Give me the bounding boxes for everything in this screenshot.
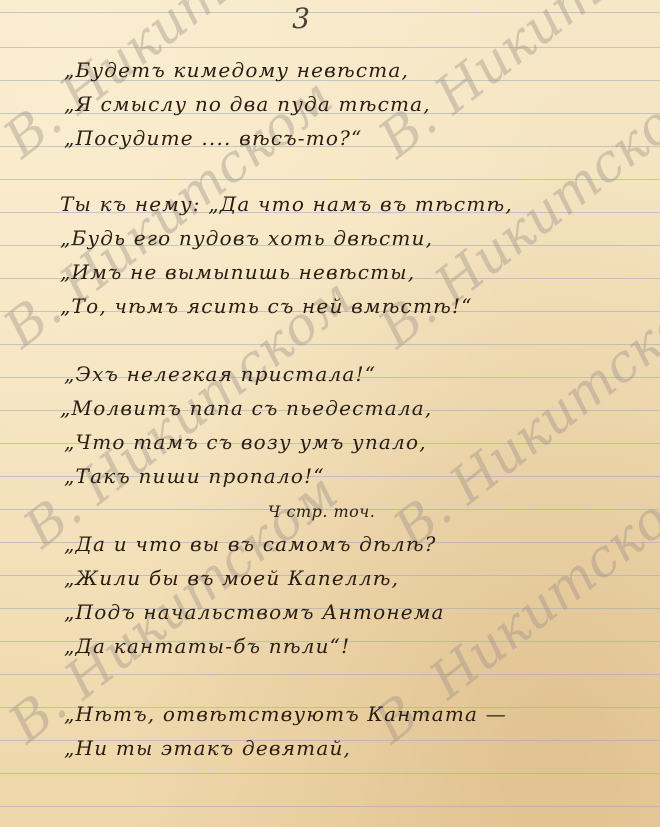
stanza-note: Ч стр. точ. — [268, 502, 375, 521]
verse-line: „Имъ не вымыпишь невѣсты, — [60, 260, 415, 284]
verse-line: „То, чѣмъ ясить съ ней вмѣстѣ!“ — [60, 294, 473, 318]
verse-line: „Эхъ нелегкая пристала!“ — [64, 362, 376, 386]
verse-line: „Жили бы въ моей Капеллѣ, — [64, 566, 399, 590]
verse-line: „Такъ пиши пропало!“ — [64, 464, 325, 488]
verse-line: „Да кантаты-бъ пѣли“! — [64, 634, 350, 658]
verse-line: „Что тамъ съ возу умъ упало, — [64, 430, 427, 454]
verse-line: Ты къ нему: „Да что намъ въ тѣстѣ, — [60, 192, 513, 216]
manuscript-page: В. Никитском В. Никитском В. Никитском В… — [0, 0, 660, 827]
verse-line: „Посудите .... вѣсъ-то?“ — [64, 126, 362, 150]
verse-line: „Я смыслу по два пуда тѣста, — [64, 92, 431, 116]
verse-line: „Молвитъ папа съ пьедестала, — [60, 396, 432, 420]
verse-line: „Да и что вы въ самомъ дѣлѣ? — [64, 532, 437, 556]
verse-line: „Будь его пудовъ хоть двѣсти, — [60, 226, 433, 250]
verse-line: „Будетъ кимедому невѣста, — [64, 58, 409, 82]
verse-line: „Подъ начальствомъ Антонема — [64, 600, 445, 624]
verse-line: „Ни ты этакъ девятай, — [64, 736, 351, 760]
verse-line: „Нѣтъ, отвѣтствуютъ Кантата — — [64, 702, 507, 726]
page-number: 3 — [286, 2, 316, 35]
